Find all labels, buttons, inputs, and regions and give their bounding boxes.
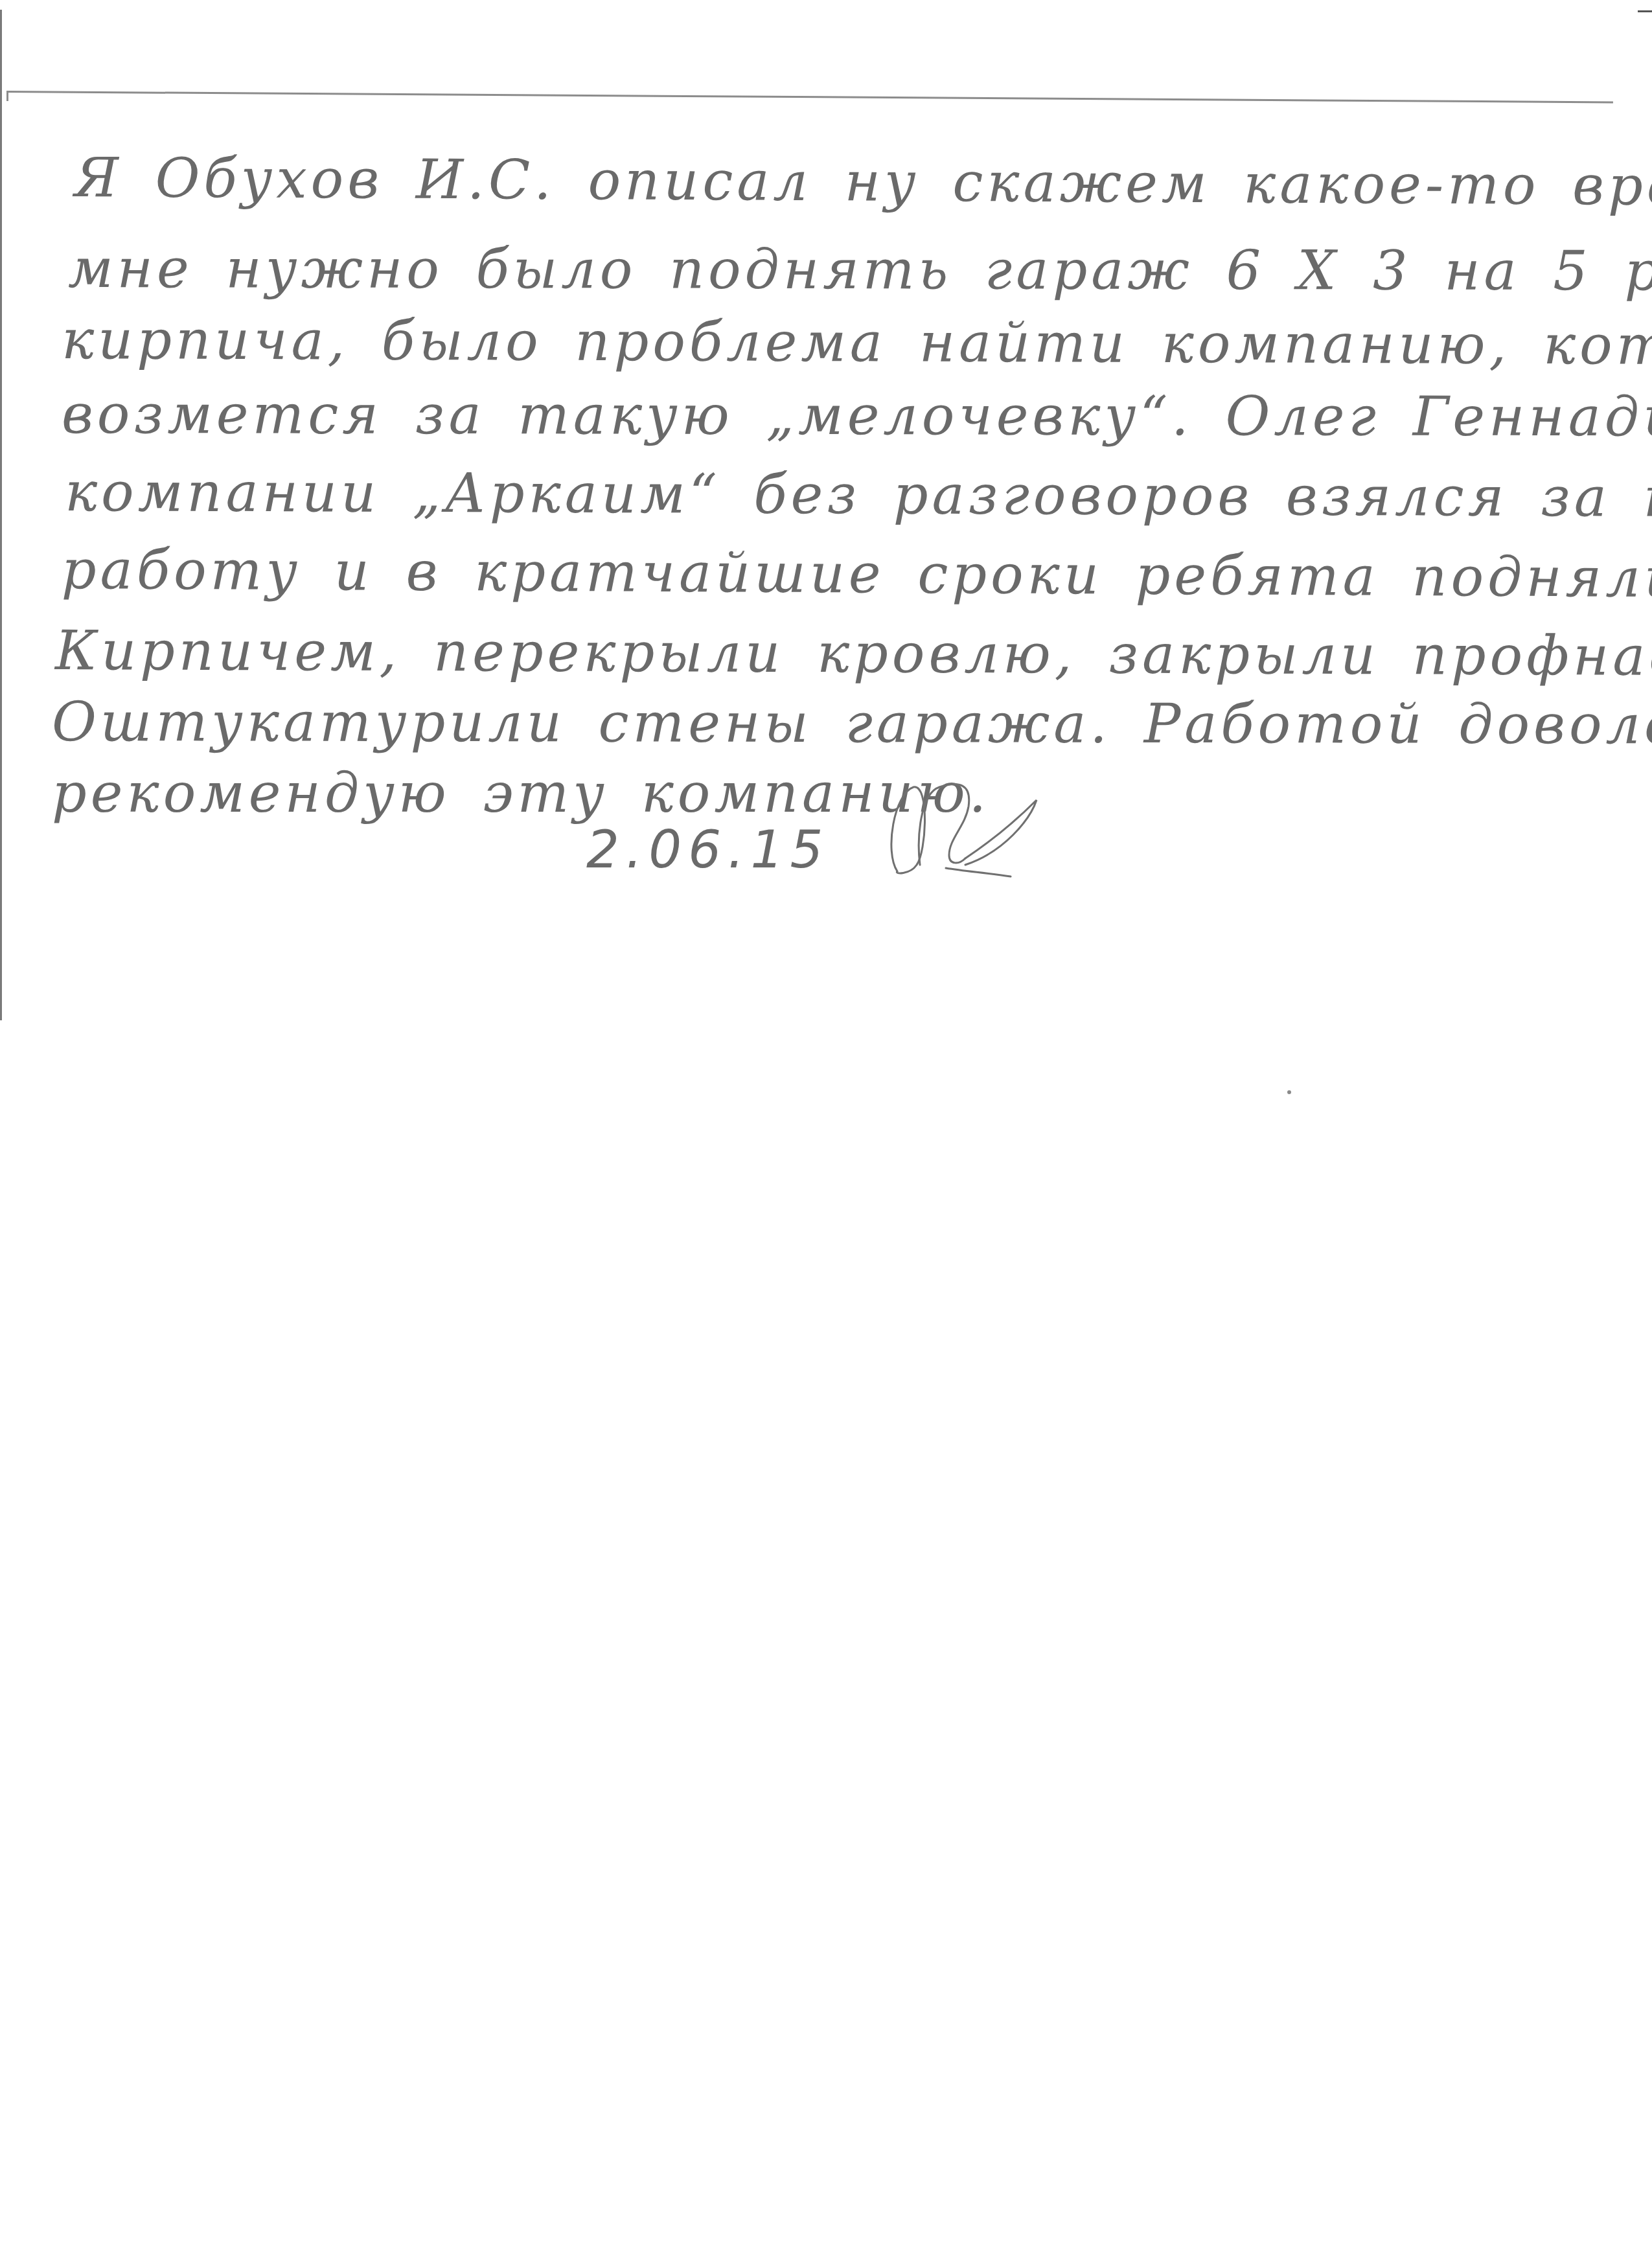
scanned-page: Я Обухов И.С. описал ну скажем какое-то … [0,0,1652,2268]
letter-date: 2.06.15 [586,819,829,880]
text-line-5: компании „Аркаим“ без разговоров взялся … [65,460,1652,530]
text-line-2: мне нужно было поднять гараж 6 X 3 на 5 … [68,236,1652,303]
scan-corner-mark [1638,10,1652,12]
rule-corner-tick [6,92,8,101]
text-line-9: рекомендую эту компанию. [52,761,990,825]
text-line-7: Кирпичем, перекрыли кровлю, закрыли проф… [55,619,1652,689]
text-line-4: возмется за такую „мелочевку“. Олег Генн… [62,382,1652,449]
text-line-8: Оштукатурили стены гаража. Работой довол… [52,690,1652,757]
text-line-1: Я Обухов И.С. описал ну скажем какое-то … [75,146,1652,218]
scan-left-edge [0,10,2,1020]
text-line-3: кирпича, было проблема найти компанию, к… [62,308,1652,377]
signature-icon [881,774,1088,878]
top-rule-line [6,91,1613,103]
text-line-6: работу и в кратчайшие сроки ребята подня… [62,538,1652,611]
scan-speck [1287,1090,1291,1094]
